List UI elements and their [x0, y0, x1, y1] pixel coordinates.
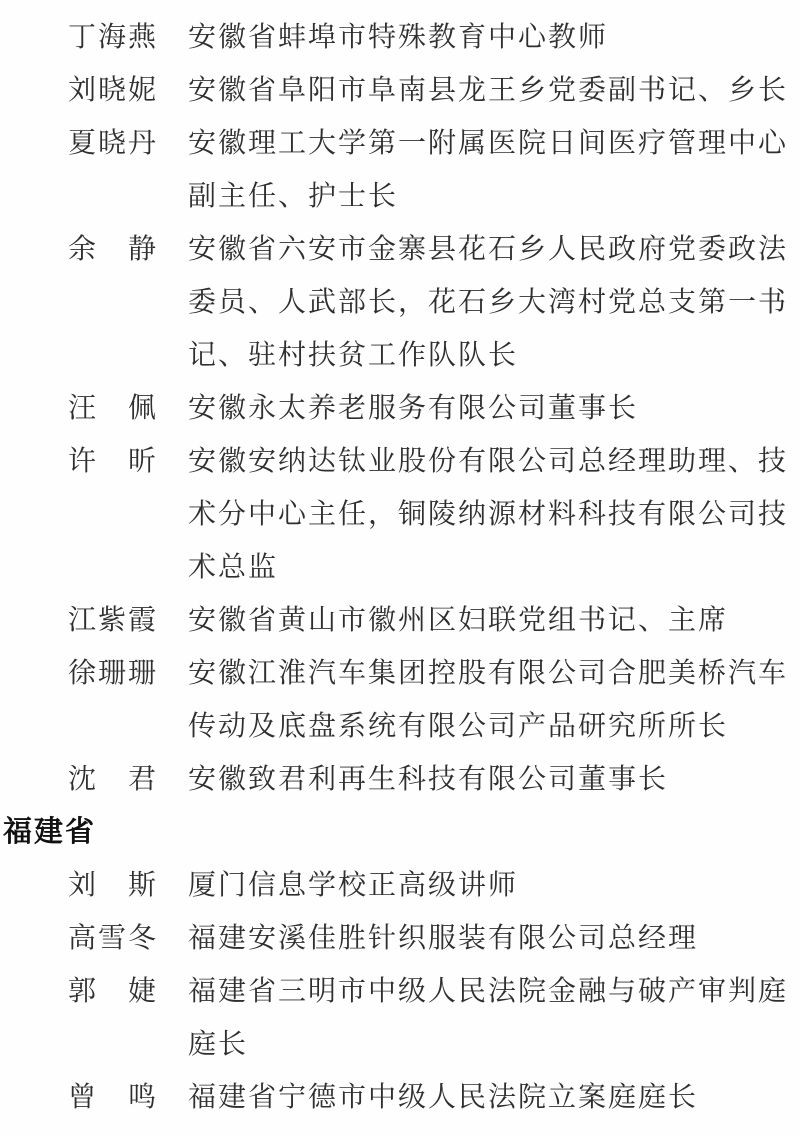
person-position: 安徽省黄山市徽州区妇联党组书记、主席: [188, 593, 788, 646]
section-heading-fujian: 福建省: [0, 805, 800, 858]
person-position: 安徽永太养老服务有限公司董事长: [188, 381, 788, 434]
document-page: 丁海燕 安徽省蚌埠市特殊教育中心教师 刘晓妮 安徽省阜阳市阜南县龙王乡党委副书记…: [0, 0, 800, 1136]
person-name: 余静: [68, 222, 156, 275]
person-position: 安徽省六安市金寨县花石乡人民政府党委政法 委员、人武部长，花石乡大湾村党总支第一…: [188, 222, 788, 381]
person-position: 安徽理工大学第一附属医院日间医疗管理中心 副主任、护士长: [188, 116, 788, 222]
person-position: 安徽省阜阳市阜南县龙王乡党委副书记、乡长: [188, 63, 788, 116]
entry-row: 曾鸣 福建省宁德市中级人民法院立案庭庭长: [0, 1070, 800, 1123]
entry-row: 刘晓妮 安徽省阜阳市阜南县龙王乡党委副书记、乡长: [0, 63, 800, 116]
person-position: 福建安溪佳胜针织服装有限公司总经理: [188, 911, 788, 964]
person-name: 郭婕: [68, 964, 156, 1017]
person-position: 安徽省蚌埠市特殊教育中心教师: [188, 10, 788, 63]
person-position: 福建省三明市中级人民法院金融与破产审判庭 庭长: [188, 964, 788, 1070]
person-name: 许昕: [68, 434, 156, 487]
entry-row: 丁海燕 安徽省蚌埠市特殊教育中心教师: [0, 10, 800, 63]
person-name: 高雪冬: [68, 911, 156, 964]
section-fujian: 福建省 刘斯 厦门信息学校正高级讲师 高雪冬 福建安溪佳胜针织服装有限公司总经理…: [0, 805, 800, 1123]
person-position: 安徽江淮汽车集团控股有限公司合肥美桥汽车 传动及底盘系统有限公司产品研究所所长: [188, 646, 788, 752]
entry-row: 徐珊珊 安徽江淮汽车集团控股有限公司合肥美桥汽车 传动及底盘系统有限公司产品研究…: [0, 646, 800, 752]
person-name: 丁海燕: [68, 10, 156, 63]
person-name: 沈君: [68, 752, 156, 805]
person-name: 徐珊珊: [68, 646, 156, 699]
person-name: 夏晓丹: [68, 116, 156, 169]
entry-row: 江紫霞 安徽省黄山市徽州区妇联党组书记、主席: [0, 593, 800, 646]
person-name: 江紫霞: [68, 593, 156, 646]
person-position: 安徽致君利再生科技有限公司董事长: [188, 752, 788, 805]
entry-row: 郭婕 福建省三明市中级人民法院金融与破产审判庭 庭长: [0, 964, 800, 1070]
person-name: 曾鸣: [68, 1070, 156, 1123]
person-position: 安徽安纳达钛业股份有限公司总经理助理、技 术分中心主任，铜陵纳源材料科技有限公司…: [188, 434, 788, 593]
person-position: 福建省宁德市中级人民法院立案庭庭长: [188, 1070, 788, 1123]
entry-row: 汪佩 安徽永太养老服务有限公司董事长: [0, 381, 800, 434]
entry-row: 沈君 安徽致君利再生科技有限公司董事长: [0, 752, 800, 805]
person-position: 厦门信息学校正高级讲师: [188, 858, 788, 911]
person-name: 刘晓妮: [68, 63, 156, 116]
entry-row: 余静 安徽省六安市金寨县花石乡人民政府党委政法 委员、人武部长，花石乡大湾村党总…: [0, 222, 800, 381]
section-anhui-continued: 丁海燕 安徽省蚌埠市特殊教育中心教师 刘晓妮 安徽省阜阳市阜南县龙王乡党委副书记…: [0, 10, 800, 805]
entry-row: 许昕 安徽安纳达钛业股份有限公司总经理助理、技 术分中心主任，铜陵纳源材料科技有…: [0, 434, 800, 593]
person-name: 汪佩: [68, 381, 156, 434]
entry-row: 高雪冬 福建安溪佳胜针织服装有限公司总经理: [0, 911, 800, 964]
entry-row: 夏晓丹 安徽理工大学第一附属医院日间医疗管理中心 副主任、护士长: [0, 116, 800, 222]
entry-row: 刘斯 厦门信息学校正高级讲师: [0, 858, 800, 911]
person-name: 刘斯: [68, 858, 156, 911]
